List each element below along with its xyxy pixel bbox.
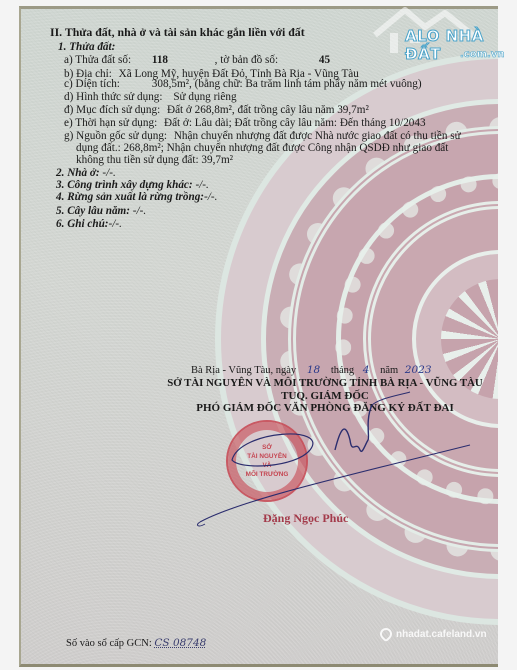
land-parcel-row: a) Thửa đất số: 118 , tờ bản đồ số: 45	[64, 54, 330, 66]
usage-form-value: Sử dụng riêng	[173, 91, 236, 103]
registry-number: CS 08748	[154, 637, 206, 649]
parcel-number: 118	[152, 54, 212, 66]
usage-term-row: e) Thời hạn sử dụng: Đất ở: Lâu dài; Đất…	[64, 117, 426, 129]
usage-purpose-row: đ) Mục đích sử dụng: Đất ở 268,8m², đất …	[64, 104, 369, 116]
other-construction-row: 3. Công trình xây dựng khác: -/-.	[56, 179, 209, 191]
area-value: 308,5m², (bằng chữ: Ba trăm linh tám phẩ…	[152, 78, 422, 90]
house-row: 2. Nhà ở: -/-.	[56, 167, 116, 179]
usage-purpose-value: Đất ở 268,8m², đất trồng cây lâu năm 39,…	[167, 104, 369, 116]
cafeland-watermark: nhadat.cafeland.vn	[380, 628, 487, 640]
map-sheet-number: 45	[319, 54, 330, 66]
issue-day: 18	[307, 364, 320, 376]
area-row: c) Diện tích: 308,5m², (bằng chữ: Ba tră…	[64, 78, 422, 90]
registry-number-row: Số vào sổ cấp GCN: CS 08748	[66, 637, 206, 650]
section-title: II. Thửa đất, nhà ở và tài sản khác gắn …	[50, 26, 305, 38]
on-behalf-label: TUQ. GIÁM ĐỐC	[140, 390, 510, 402]
perennial-trees-row: 5. Cây lâu năm: -/-.	[56, 205, 146, 217]
origin-line-2: dụng đất.: 268,8m²; Nhận chuyển nhượng đ…	[76, 142, 448, 154]
origin-line-3: không thu tiền sử dụng đất: 39,7m²	[76, 154, 233, 166]
signer-title: PHÓ GIÁM ĐỐC VĂN PHÒNG ĐĂNG KÝ ĐẤT ĐAI	[140, 402, 510, 414]
usage-term-value: Đất ở: Lâu dài; Đất trồng cây lâu năm: Đ…	[164, 117, 426, 129]
location-pin-icon	[378, 626, 395, 643]
usage-form-row: d) Hình thức sử dụng: Sử dụng riêng	[64, 91, 237, 103]
production-forest-row: 4. Rừng sản xuất là rừng trồng:-/-.	[56, 191, 217, 203]
official-red-stamp: SỞ TÀI NGUYÊN VÀ MÔI TRƯỜNG	[226, 420, 308, 502]
alonhadat-domain-watermark: .com.vn	[460, 49, 504, 60]
place-date-line: Bà Rịa - Vũng Tàu, ngày 18 tháng 4 năm 2…	[191, 364, 432, 377]
land-heading: 1. Thửa đất:	[58, 41, 115, 53]
issuing-agency: SỞ TÀI NGUYÊN VÀ MÔI TRƯỜNG TỈNH BÀ RỊA …	[140, 377, 510, 389]
issue-month: 4	[363, 364, 370, 376]
origin-row: g) Nguồn gốc sử dụng: Nhận chuyển nhượng…	[64, 130, 461, 142]
signer-name: Đặng Ngọc Phúc	[263, 511, 348, 526]
issue-year: 2023	[405, 364, 432, 376]
notes-row: 6. Ghi chú:-/-.	[56, 218, 122, 230]
